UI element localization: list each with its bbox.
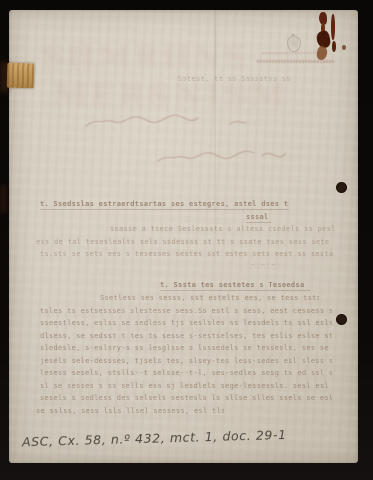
ink-stain-drip [332,41,336,52]
typed-line: sl se sesses s ss sells ess sj lesdlels … [40,382,332,390]
handwritten-ghost-line-1b [230,122,246,124]
punch-hole-top [336,182,347,193]
typed-heading-line: t. Sssta tes sestetes s Teseedsa [160,281,310,291]
typed-line: jesels sele-dessses, tjsels tes, slsey-t… [40,357,332,365]
handwritten-ghost-line-1 [86,115,198,126]
ink-stain-drip [331,14,335,40]
handwritten-ghost-line-2 [158,151,254,161]
typed-heading-line: t. Ssedsslas estraerdtsartas ses estegre… [40,200,289,210]
typed-line: lesess sesels, stslls--t selsse--t-l, se… [40,369,332,377]
typed-line: se sslss, sess lsls llsel sessess, esl t… [36,407,224,415]
punch-hole-bottom [336,314,347,325]
typed-line: ess de tal teseslealts sels ssdessss st … [36,238,335,246]
typed-line: Sstest, tt ss Ssssstss ss tstt [178,75,296,83]
typed-line: ssasse a tsece Seslesssts s altess csede… [110,225,335,233]
typed-line: sesels s sedless des selsels sestesls ls… [40,394,332,402]
typed-line: dlsess, se sedsst t tes ts sesse s-sests… [40,332,332,340]
adhesive-tape [7,63,35,89]
ink-speck [342,45,346,50]
typed-line: ·—·—·—· [246,261,288,269]
edge-smear [0,185,7,213]
typed-line: sledesle, s-eslsry-s ss lesglsse s lssse… [40,344,332,352]
typed-line: Ssetless ses sesss, sst estelts ees, se … [100,294,319,302]
edge-smear [0,62,9,92]
typed-line: sssal [246,213,271,223]
typed-line: sseestless, eslss se sedless tjs seslsle… [40,319,332,327]
typed-line: tsles ts estsessses slestesse sess.Ss es… [40,307,332,315]
typed-line: ts.sts se sets ees s tesesses sestes sst… [40,250,335,258]
photo-backdrop: SHMRHNSMERSNISM Sstest, tt ss Ssssstss s… [0,0,373,480]
handwritten-ghost-line-2b [262,153,286,157]
